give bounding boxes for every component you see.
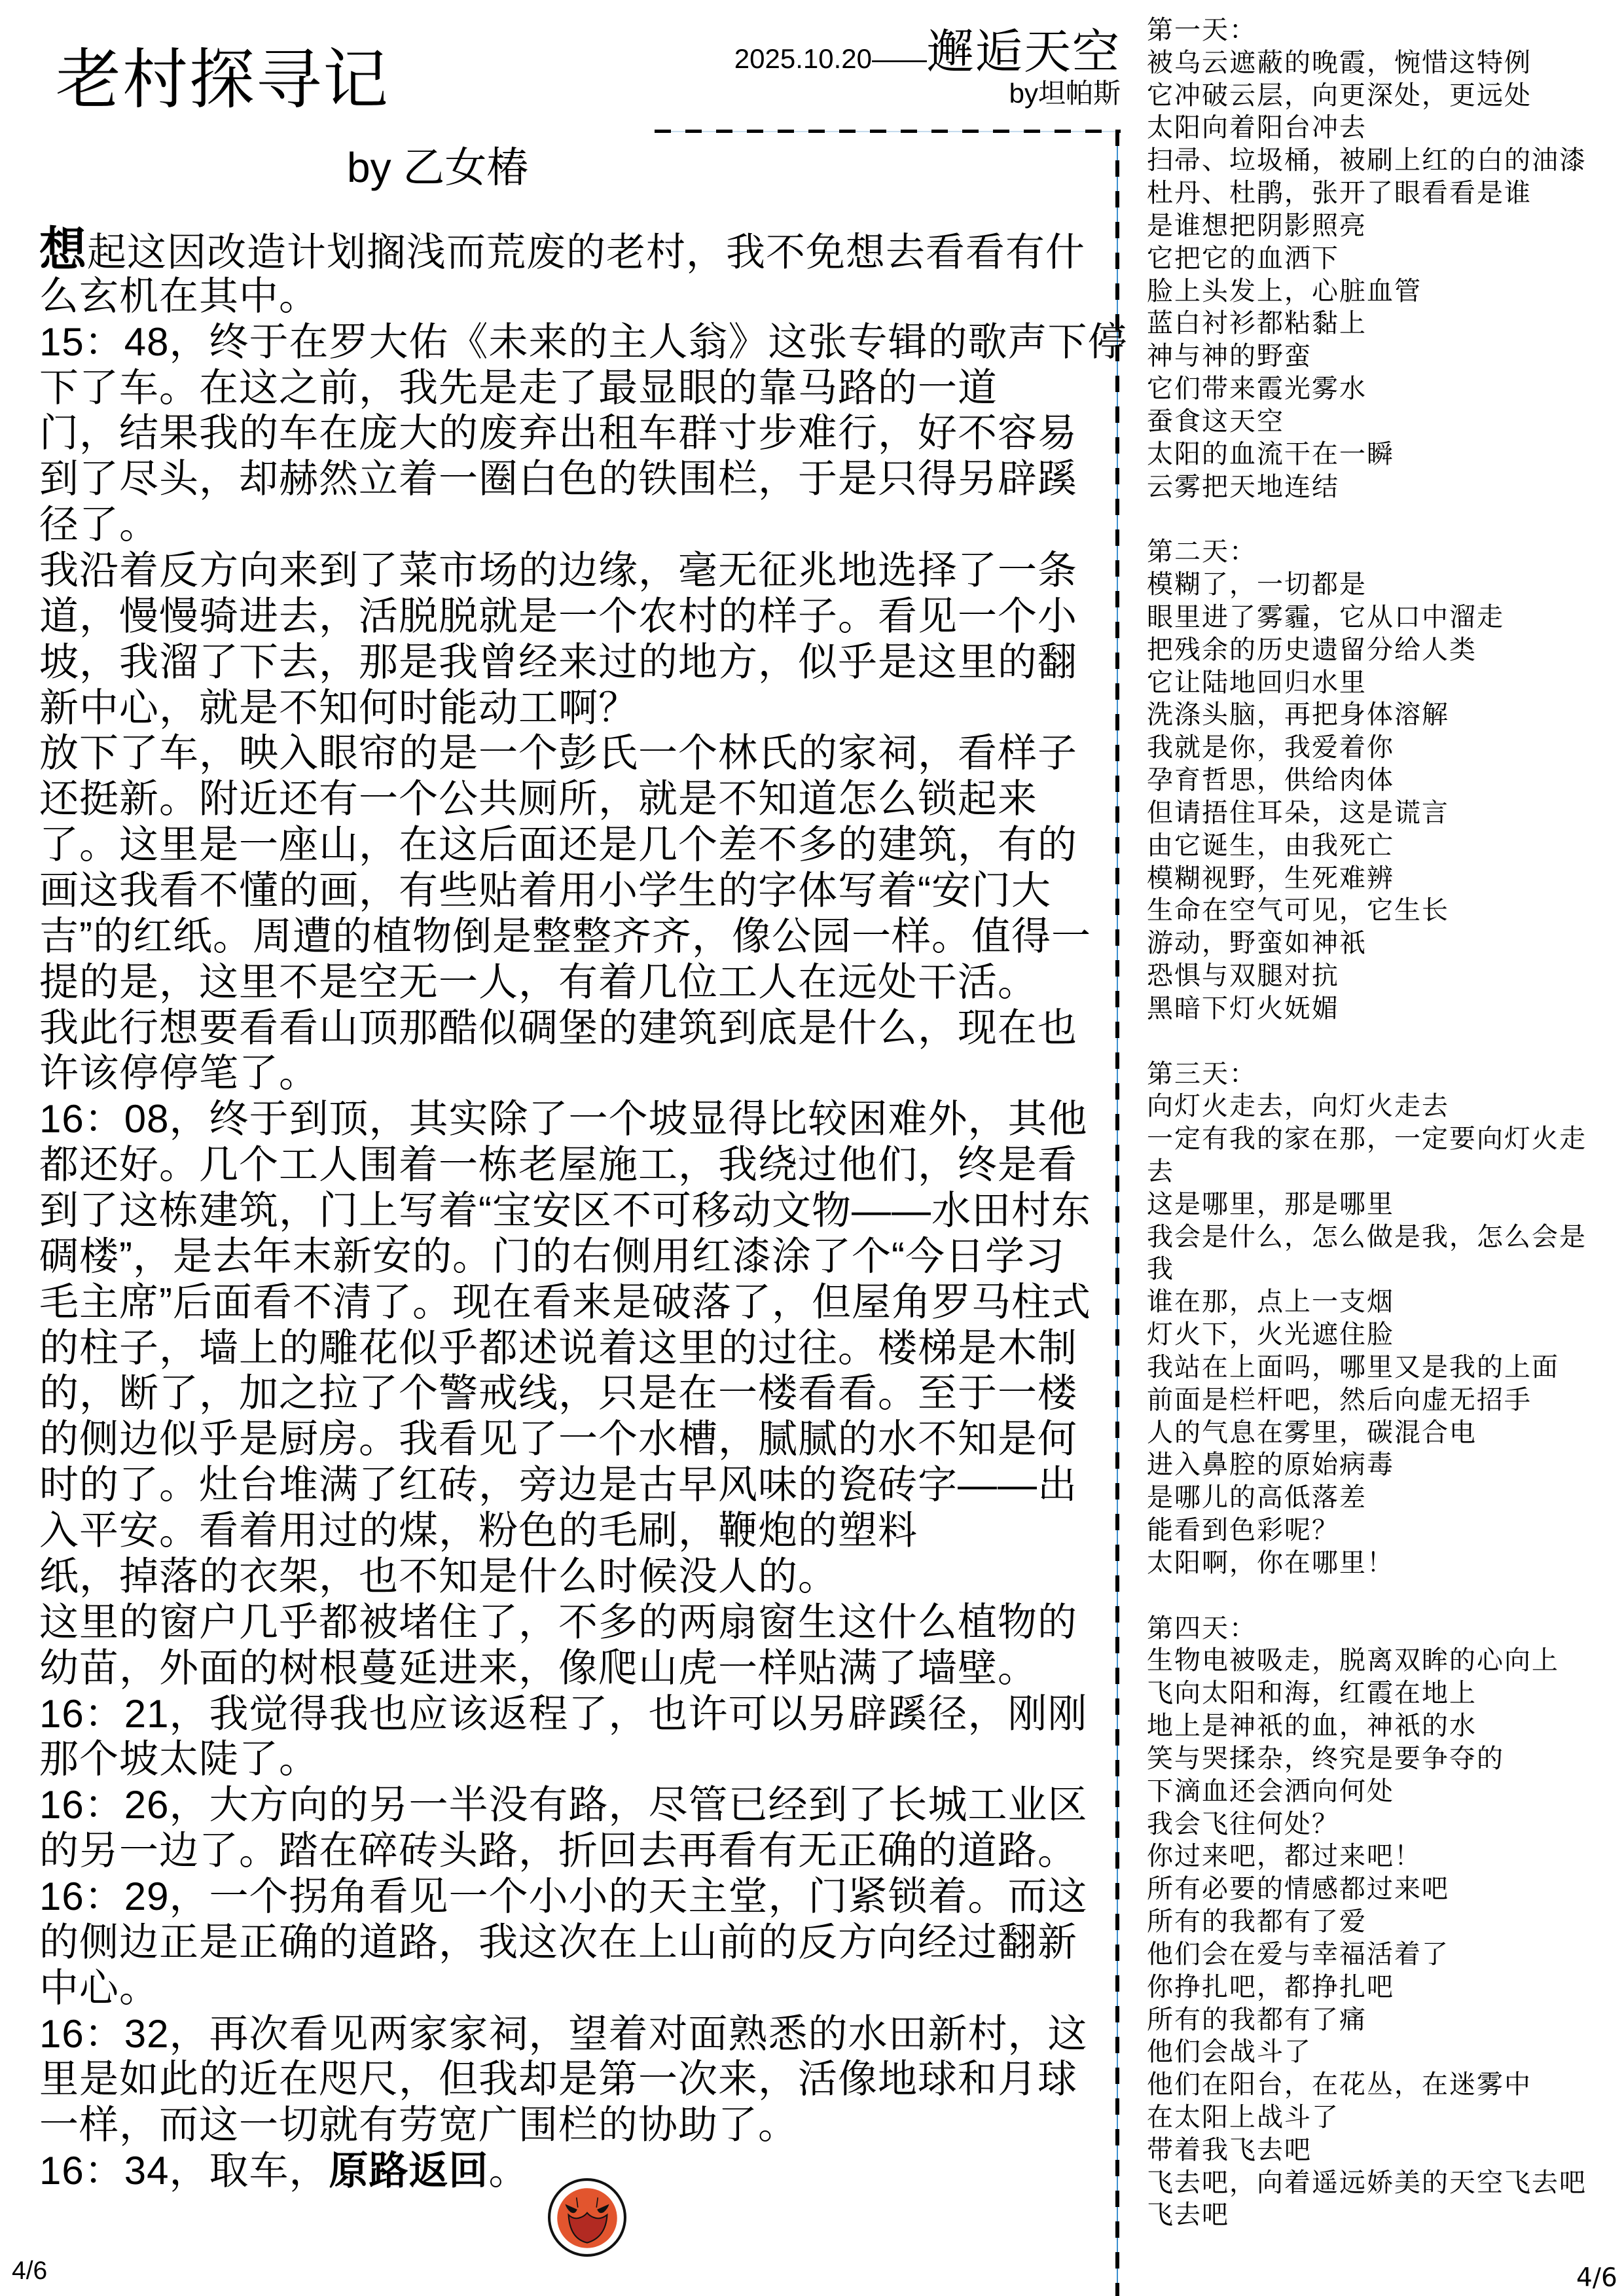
poem-line: 它让陆地回归水里 (1147, 667, 1618, 700)
article-line: 到了尽头，却赫然立着一圈白色的铁围栏，于是只得另辟蹊 (39, 456, 1113, 502)
poem-line: 我会飞往何处？ (1147, 1808, 1618, 1841)
article-line: 的侧边似乎是厨房。我看见了一个水槽，腻腻的水不知是何 (39, 1416, 1113, 1462)
poem-line: 是谁想把阴影照亮 (1147, 210, 1618, 243)
poem-line: 太阳的血流干在一瞬 (1147, 439, 1618, 471)
poem-line: 带着我飞去吧 (1147, 2134, 1618, 2167)
divider-vertical-dashed (1115, 130, 1119, 2296)
poem-line: 我会是什么，怎么做是我，怎么会是 (1147, 1221, 1618, 1254)
article-line: 16：21，我觉得我也应该返程了，也许可以另辟蹊径，刚刚 (39, 1691, 1113, 1737)
article-line: 16：26，大方向的另一半没有路，尽管已经到了长城工业区 (39, 1782, 1113, 1828)
poem-line: 太阳啊，你在哪里！ (1147, 1547, 1618, 1580)
poem-line: 你挣扎吧，都挣扎吧 (1147, 1971, 1618, 2004)
page-number-right: 4/6 (1576, 2265, 1617, 2291)
article-line: 许该停停笔了。 (39, 1050, 1113, 1096)
poem-line: 恐惧与双腿对抗 (1147, 960, 1618, 993)
article-paragraph: 想起这因改造计划搁浅而荒废的老村，我不免想去看看有什 么玄机在其中。 (39, 228, 1113, 319)
poem-line: 它们带来霞光雾水 (1147, 373, 1618, 406)
day-heading: 第三天： (1147, 1058, 1618, 1091)
poem-day-4: 第四天： 生物电被吸走，脱离双眸的心向上 飞向太阳和海，红霞在地上 地上是神祇的… (1147, 1613, 1618, 2233)
poem-line: 模糊视野，生死难辨 (1147, 863, 1618, 895)
closing-text: 。 (488, 2149, 528, 2193)
poem-day-3: 第三天： 向灯火走去，向灯火走去 一定有我的家在那，一定要向灯火走 去 这是哪里… (1147, 1058, 1618, 1580)
poem-line: 他们在阳台，在花丛，在迷雾中 (1147, 2069, 1618, 2102)
poem-line: 你过来吧，都过来吧！ (1147, 1840, 1618, 1873)
article-line: 还挺新。附近还有一个公共厕所，就是不知道怎么锁起来 (39, 776, 1113, 822)
poem-author: by坦帕斯 (1009, 80, 1121, 107)
page-number-left: 4/6 (12, 2258, 47, 2284)
poem-day-1: 第一天： 被乌云遮蔽的晚霞，惋惜这特例 它冲破云层，向更深处，更远处 太阳向着阳… (1147, 14, 1618, 503)
article-line: 幼苗，外面的树根蔓延进来，像爬山虎一样贴满了墙壁。 (39, 1645, 1113, 1691)
article-line: 时的了。灶台堆满了红砖，旁边是古早风味的瓷砖字——出 (39, 1462, 1113, 1508)
article-line: 吉”的红纸。周遭的植物倒是整整齐齐，像公园一样。值得一 (39, 914, 1113, 960)
poem-line: 我就是你，我爱着你 (1147, 732, 1618, 764)
article-line: 画这我看不懂的画，有些贴着用小学生的字体写着“安门大 (39, 868, 1113, 914)
article-line: 那个坡太陡了。 (39, 1736, 1113, 1782)
article-line: 径了。 (39, 502, 1113, 548)
poem-line: 蓝白衬衫都粘黏上 (1147, 308, 1618, 340)
poem-line: 蚕食这天空 (1147, 406, 1618, 439)
poem-line: 笑与哭揉杂，终究是要争夺的 (1147, 1743, 1618, 1776)
article-line: 这里的窗户几乎都被堵住了，不多的两扇窗生这什么植物的 (39, 1600, 1113, 1645)
poem-line: 它把它的血洒下 (1147, 243, 1618, 276)
poem-line: 它冲破云层，向更深处，更远处 (1147, 80, 1618, 113)
poem-header: 2025.10.20—— 邂逅天空 (734, 29, 1121, 76)
article-line: 的，断了，加之拉了个警戒线，只是在一楼看看。至于一楼 (39, 1371, 1113, 1416)
article-line: 的柱子，墙上的雕花似乎都述说着这里的过往。楼梯是木制 (39, 1325, 1113, 1371)
article-paragraph: 16：26，大方向的另一半没有路，尽管已经到了长城工业区 的另一边了。踏在碎砖头… (39, 1782, 1113, 1874)
lead-character: 想 (39, 224, 87, 276)
poem-line: 下滴血还会洒向何处 (1147, 1776, 1618, 1808)
article-line: 16：29，一个拐角看见一个小小的天主堂，门紧锁着。而这 (39, 1874, 1113, 1920)
article-paragraph: 我沿着反方向来到了菜市场的边缘，毫无征兆地选择了一条 道，慢慢骑进去，活脱脱就是… (39, 548, 1113, 730)
poem-line: 去 (1147, 1156, 1618, 1189)
article-paragraph: 这里的窗户几乎都被堵住了，不多的两扇窗生这什么植物的 幼苗，外面的树根蔓延进来，… (39, 1600, 1113, 1691)
article-line: 里是如此的近在咫尺，但我却是第一次来，活像地球和月球 (39, 2056, 1113, 2102)
article-line: 了。这里是一座山，在这后面还是几个差不多的建筑，有的 (39, 822, 1113, 868)
poem-line: 所有的我都有了爱 (1147, 1906, 1618, 1939)
poem-line: 飞去吧，向着遥远娇美的天空飞去吧 (1147, 2167, 1618, 2200)
poem-line: 黑暗下灯火妩媚 (1147, 993, 1618, 1026)
poem-day-2: 第二天： 模糊了，一切都是 眼里进了雾霾，它从口中溜走 把残余的历史遗留分给人类… (1147, 536, 1618, 1025)
article-title: 老村探寻记 (56, 47, 389, 113)
article-line: 入平安。看着用过的煤，粉色的毛刷，鞭炮的塑料 (39, 1508, 1113, 1554)
poem-line: 进入鼻腔的原始病毒 (1147, 1449, 1618, 1482)
article-paragraph: 16：08，终于到顶，其实除了一个坡显得比较困难外，其他 都还好。几个工人围着一… (39, 1096, 1113, 1599)
article-line: 一样，而这一切就有劳宽广围栏的协助了。 (39, 2102, 1113, 2148)
poem-line: 眼里进了雾霾，它从口中溜走 (1147, 601, 1618, 634)
poem-line: 我站在上面吗，哪里又是我的上面 (1147, 1352, 1618, 1384)
article-line: 放下了车，映入眼帘的是一个彭氏一个林氏的家祠，看样子 (39, 730, 1113, 776)
article-line: 到了这栋建筑，门上写着“宝安区不可移动文物——水田村东 (39, 1188, 1113, 1234)
poem-line: 太阳向着阳台冲去 (1147, 112, 1618, 145)
article-paragraph: 15：48，终于在罗大佑《未来的主人翁》这张专辑的歌声下停 下了车。在这之前，我… (39, 319, 1113, 548)
poem-line: 模糊了，一切都是 (1147, 569, 1618, 601)
article-body: 想起这因改造计划搁浅而荒废的老村，我不免想去看看有什 么玄机在其中。 15：48… (39, 228, 1113, 2194)
article-line: 16：32，再次看见两家家祠，望着对面熟悉的水田新村，这 (39, 2011, 1113, 2057)
poem-line: 谁在那，点上一支烟 (1147, 1286, 1618, 1319)
article-paragraph: 16：32，再次看见两家家祠，望着对面熟悉的水田新村，这 里是如此的近在咫尺，但… (39, 2011, 1113, 2149)
poem-line: 飞向太阳和海，红霞在地上 (1147, 1677, 1618, 1710)
poem-line: 人的气息在雾里，碳混合电 (1147, 1417, 1618, 1450)
poem-line: 在太阳上战斗了 (1147, 2102, 1618, 2134)
poem-line: 洗涤头脑，再把身体溶解 (1147, 699, 1618, 732)
day-heading: 第一天： (1147, 14, 1618, 47)
article-paragraph: 放下了车，映入眼帘的是一个彭氏一个林氏的家祠，看样子 还挺新。附近还有一个公共厕… (39, 730, 1113, 1005)
article-paragraph: 我此行想要看看山顶那酷似碉堡的建筑到底是什么，现在也 许该停停笔了。 (39, 1005, 1113, 1097)
article-line: 我沿着反方向来到了菜市场的边缘，毫无征兆地选择了一条 (39, 548, 1113, 594)
poem-line: 杜丹、杜鹃，张开了眼看看是谁 (1147, 177, 1618, 210)
day-heading: 第二天： (1147, 536, 1618, 569)
poem-line: 所有的我都有了痛 (1147, 2004, 1618, 2037)
poem-line: 把残余的历史遗留分给人类 (1147, 634, 1618, 667)
poem-line: 他们会战斗了 (1147, 2036, 1618, 2069)
angry-drum-face-icon (547, 2178, 627, 2257)
poem-line: 灯火下，火光遮住脸 (1147, 1319, 1618, 1352)
poem-title: 邂逅天空 (927, 29, 1121, 76)
article-line: 15：48，终于在罗大佑《未来的主人翁》这张专辑的歌声下停 (39, 319, 1113, 365)
article-paragraph: 16：29，一个拐角看见一个小小的天主堂，门紧锁着。而这 的侧边正是正确的道路，… (39, 1874, 1113, 2011)
poem-line: 我 (1147, 1253, 1618, 1286)
poem-line: 生物电被吸走，脱离双眸的心向上 (1147, 1645, 1618, 1677)
poem-line: 被乌云遮蔽的晚霞，惋惜这特例 (1147, 47, 1618, 80)
poem-line: 神与神的野蛮 (1147, 340, 1618, 373)
closing-text: 16：34，取车， (39, 2149, 329, 2193)
poem-line: 这是哪里，那是哪里 (1147, 1189, 1618, 1221)
article-line: 想起这因改造计划搁浅而荒废的老村，我不免想去看看有什 (39, 228, 1113, 274)
poem-line: 飞去吧 (1147, 2199, 1618, 2232)
poem-line: 他们会在爱与幸福活着了 (1147, 1939, 1618, 1971)
article-line: 新中心，就是不知何时能动工啊？ (39, 685, 1113, 731)
article-line: 都还好。几个工人围着一栋老屋施工，我绕过他们，终是看 (39, 1142, 1113, 1188)
article-line: 门，结果我的车在庞大的废弃出租车群寸步难行，好不容易 (39, 410, 1113, 456)
poem-line: 孕育哲思，供给肉体 (1147, 764, 1618, 797)
article-line: 下了车。在这之前，我先是走了最显眼的靠马路的一道 (39, 365, 1113, 411)
poem-line: 脸上头发上，心脏血管 (1147, 276, 1618, 308)
article-line: 的侧边正是正确的道路，我这次在上山前的反方向经过翻新 (39, 1920, 1113, 1965)
poem-line: 扫帚、垃圾桶，被刷上红的白的油漆 (1147, 145, 1618, 177)
article-line-text: 起这因改造计划搁浅而荒废的老村，我不免想去看看有什 (87, 230, 1085, 274)
divider-top-dashed (655, 130, 1121, 133)
day-heading: 第四天： (1147, 1613, 1618, 1645)
poem-line: 由它诞生，由我死亡 (1147, 830, 1618, 863)
closing-bold-text: 原路返回 (329, 2149, 488, 2193)
article-paragraph: 16：21，我觉得我也应该返程了，也许可以另辟蹊径，刚刚 那个坡太陡了。 (39, 1691, 1113, 1783)
poem-line: 是哪儿的高低落差 (1147, 1482, 1618, 1515)
article-line: 道，慢慢骑进去，活脱脱就是一个农村的样子。看见一个小 (39, 594, 1113, 639)
article-line: 纸，掉落的衣架，也不知是什么时候没人的。 (39, 1554, 1113, 1600)
poem-line: 所有必要的情感都过来吧 (1147, 1873, 1618, 1906)
poem-date: 2025.10.20—— (734, 45, 927, 73)
article-line: 中心。 (39, 1965, 1113, 2011)
poem-line: 地上是神祇的血，神祇的水 (1147, 1710, 1618, 1743)
article-line: 的另一边了。踏在碎砖头路，折回去再看有无正确的道路。 (39, 1828, 1113, 1874)
poem-line: 能看到色彩呢？ (1147, 1515, 1618, 1547)
poem-line: 但请捂住耳朵，这是谎言 (1147, 797, 1618, 830)
article-line: 坡，我溜了下去，那是我曾经来过的地方，似乎是这里的翻 (39, 639, 1113, 685)
poem-line: 前面是栏杆吧，然后向虚无招手 (1147, 1384, 1618, 1417)
article-line: 毛主席”后面看不清了。现在看来是破落了，但屋角罗马柱式 (39, 1280, 1113, 1325)
poem-line: 生命在空气可见，它生长 (1147, 895, 1618, 927)
poem-line: 云雾把天地连结 (1147, 471, 1618, 504)
poem-line: 向灯火走去，向灯火走去 (1147, 1090, 1618, 1123)
article-line: 碉楼”，是去年末新安的。门的右侧用红漆涂了个“今日学习 (39, 1234, 1113, 1280)
poem-line: 游动，野蛮如神祇 (1147, 927, 1618, 960)
poem-body: 第一天： 被乌云遮蔽的晚霞，惋惜这特例 它冲破云层，向更深处，更远处 太阳向着阳… (1147, 14, 1618, 2265)
article-line: 我此行想要看看山顶那酷似碉堡的建筑到底是什么，现在也 (39, 1005, 1113, 1051)
poem-line: 一定有我的家在那，一定要向灯火走 (1147, 1123, 1618, 1156)
article-author: by 乙女椿 (347, 147, 528, 188)
article-line: 提的是，这里不是空无一人，有着几位工人在远处干活。 (39, 960, 1113, 1005)
article-line: 16：08，终于到顶，其实除了一个坡显得比较困难外，其他 (39, 1096, 1113, 1142)
article-line: 么玄机在其中。 (39, 274, 1113, 319)
